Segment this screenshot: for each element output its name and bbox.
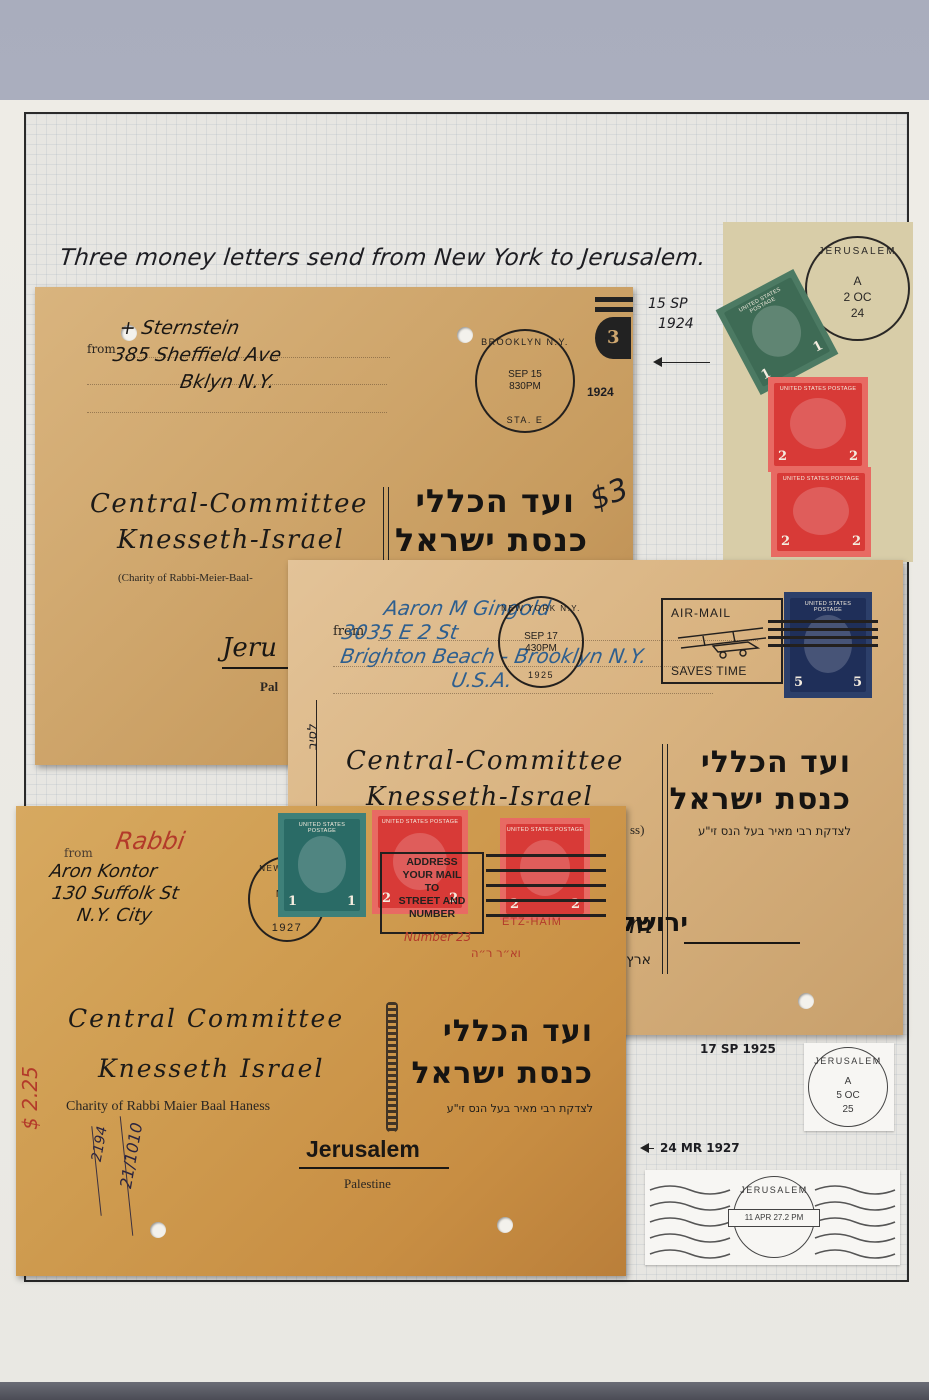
background-shadow (0, 1382, 929, 1400)
org-name-en: Central-Committee (90, 489, 368, 519)
org-name-en: Knesseth Israel (98, 1054, 324, 1083)
killer-bars (768, 620, 878, 652)
red-annotation-rabbi: Rabbi (114, 828, 187, 855)
killer-bars (486, 854, 606, 922)
vertical-divider (383, 487, 389, 567)
sender-address: Aron Kontor 130 Suffolk St N.Y. City (40, 861, 184, 927)
punch-hole (798, 993, 814, 1009)
org-subtitle-he: לצדקת רבי מאיר בעל הנס זי"ע (698, 824, 851, 838)
org-name-he: כנסת ישראל (669, 782, 851, 817)
org-name-he: ועד הכללי (701, 745, 851, 780)
street-number-slogan-cancel: ADDRESS YOUR MAIL TO STREET AND NUMBER (380, 852, 484, 934)
stamp-2-cents-red: UNITED STATES POSTAGE22 (768, 377, 868, 472)
pencil-mark: $3 (585, 472, 633, 518)
org-name-en: Knesseth-Israel (117, 525, 344, 555)
etz-haim-overprint: ETZ-HAIM (502, 916, 562, 928)
destination-country: Pal (260, 679, 278, 695)
arrival-piece-1927: JERUSALEM 11 APR 27.2 PM (645, 1170, 900, 1265)
envelope-1927: from Rabbi Aron Kontor 130 Suffolk St N.… (16, 806, 626, 1276)
airmail-slogan-cancel: AIR-MAIL SAVES TIME (661, 598, 783, 684)
arrow-left-icon (642, 1148, 654, 1149)
punch-hole (457, 327, 473, 343)
side-note: לסיב (306, 724, 321, 750)
note-arrival-1925: 17 SP 1925 (700, 1040, 776, 1058)
destination-country: Palestine (344, 1176, 391, 1192)
org-name-en: Central-Committee (346, 746, 624, 776)
note-arrival-1924-year: 1924 (658, 315, 694, 333)
arrival-piece-1924: JERUSALEM A 2 OC 24 UNITED STATES POSTAG… (723, 222, 913, 562)
destination-city: Jerusalem (306, 1136, 420, 1163)
duplex-cancel: 3 (595, 295, 633, 375)
org-name-he: כנסת ישראל (411, 1056, 593, 1091)
punch-hole (497, 1217, 513, 1233)
sender-address: + Sternstein 385 Sheffield Ave Bklyn N.Y… (108, 315, 288, 396)
punch-hole (150, 1222, 166, 1238)
from-label: from (64, 846, 93, 860)
stamp-2-cents-red: UNITED STATES POSTAGE22 (771, 467, 871, 557)
page-heading: Three money letters send from New York t… (59, 245, 707, 271)
brooklyn-postmark: BROOKLYN N.Y. SEP 15830PM STA. E (475, 329, 575, 433)
org-name-en: Central Committee (68, 1004, 344, 1033)
chain-divider (386, 1002, 398, 1132)
red-annotation-number: Number 23 (404, 930, 471, 944)
postmark-year: 1924 (587, 385, 614, 399)
jerusalem-machine-postmark: JERUSALEM 11 APR 27.2 PM (733, 1176, 815, 1258)
org-name-he: ועד הכללי (443, 1014, 593, 1049)
from-label: from (87, 342, 116, 356)
org-subtitle-en: (Charity of Rabbi-Meier-Baal- (118, 572, 253, 584)
destination-city: Jeru (222, 633, 277, 663)
note-arrival-1927: 24 MR 1927 (660, 1139, 740, 1157)
org-name-he: ועד הכללי (416, 482, 576, 520)
red-annotation-hebrew: וא״ר ר״ה (471, 946, 521, 960)
org-subtitle-en: Charity of Rabbi Maier Baal Haness (66, 1099, 270, 1115)
stamp-1-cent-teal: UNITED STATES POSTAGE11 (278, 813, 366, 917)
biplane-icon (673, 624, 773, 660)
org-name-he: כנסת ישראל (395, 521, 588, 559)
note-arrival-1924-date: 15 SP (648, 295, 688, 313)
org-subtitle-he: לצדקת רבי מאיר בעל הנס זי"ע (447, 1102, 593, 1115)
org-subtitle-fragment: ss) (630, 822, 644, 838)
arrow-left-icon (655, 362, 710, 363)
jerusalem-postmark-1925: JERUSALEM A 5 OC 25 (808, 1047, 888, 1127)
new-york-postmark: NEW YORK N.Y. SEP 17430PM 1925 (498, 596, 584, 688)
side-amount: $ 2.25 (18, 1066, 42, 1130)
arrival-piece-1925: JERUSALEM A 5 OC 25 (804, 1043, 894, 1131)
vertical-divider (662, 744, 668, 974)
